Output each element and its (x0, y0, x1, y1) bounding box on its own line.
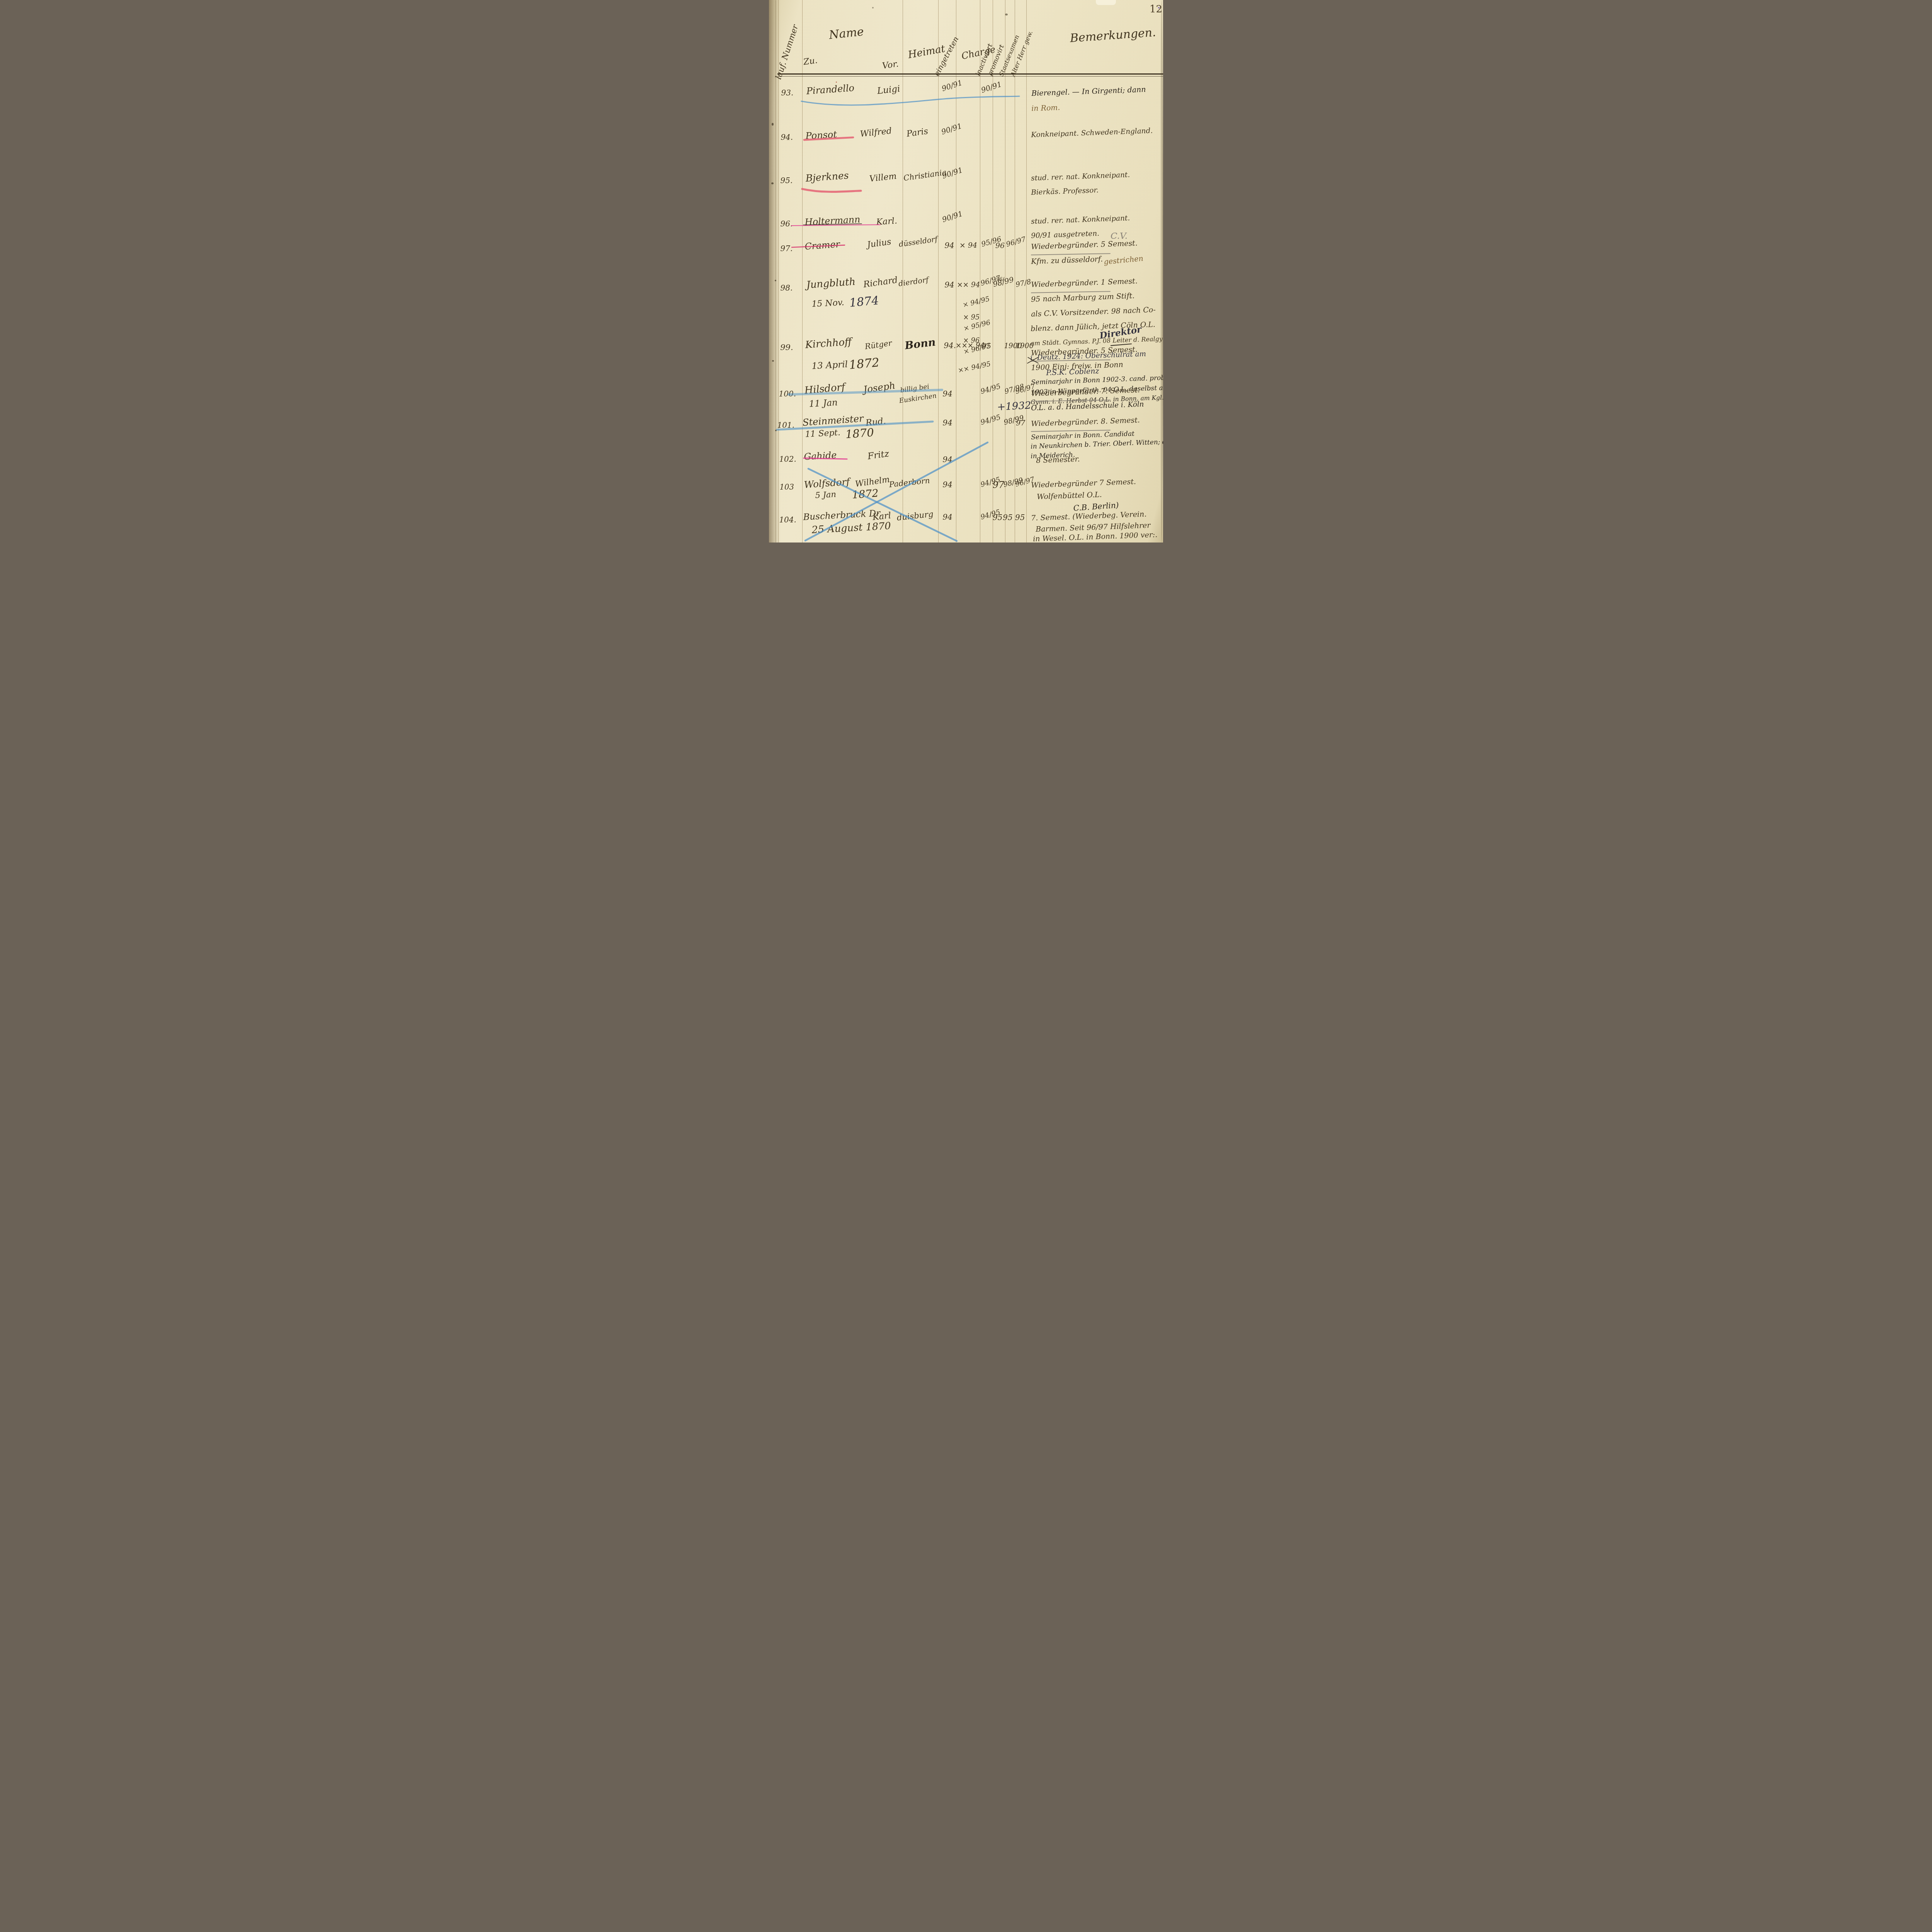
entry-zuname: Pirandello (806, 83, 855, 96)
entry-vorname: Karl. (876, 217, 898, 227)
entry-zuname: Cramer (804, 240, 840, 252)
entry-charge-item: ×× 94 (957, 282, 980, 289)
entry-bemerkung-line: Kfm. zu düsseldorf. (1031, 256, 1103, 265)
entry-zuname: Bjerknes (805, 170, 849, 183)
entry-eingetreten: 94 (943, 419, 952, 427)
entry-nr: 101. (777, 421, 795, 429)
entry-zuname: Holtermann (804, 215, 861, 227)
entry-charge-item: × 94 (959, 242, 977, 249)
entry-zuname: Steinmeister (802, 414, 864, 427)
entry-geburtsjahr: 1872 (849, 357, 880, 372)
column-header-heimat: Heimat (907, 44, 946, 60)
entry-vorname: Rütger (864, 339, 892, 350)
entry-inaktiviert: 94/95 (980, 414, 1002, 426)
page-number: 12 (1150, 4, 1162, 14)
column-header-name: Name (828, 26, 864, 41)
entry-bemerkung-line: 7. Semest. (Wiederbeg. Verein. (1031, 510, 1147, 522)
entry-nr: 103 (780, 483, 794, 491)
entry-eingetreten: 94 (943, 456, 952, 463)
entry-eingetreten: 94. (944, 342, 956, 349)
entry-nr: 97. (781, 245, 793, 252)
entry-zuname: Jungbluth (806, 277, 856, 290)
entry-charge-item: × 94/95 (962, 296, 990, 309)
entry-vorname: Villem (869, 172, 897, 184)
column-header-vorname: Vor. (882, 60, 899, 71)
binding-crease (775, 0, 776, 543)
entry-alter-herr: 95 (1015, 514, 1025, 521)
entry-geburtsdatum: 11 Jan (809, 398, 838, 409)
entry-heimat: duisburg (896, 510, 934, 522)
entry-nr: 100. (779, 390, 796, 398)
entry-eingetreten: 90/91 (941, 79, 963, 93)
entry-bemerkung-line: Seminarjahr in Bonn. Candidat (1031, 430, 1134, 440)
entry-zuname: Wolfsdorf (804, 477, 850, 490)
entry-vorname: Richard (863, 276, 898, 289)
entry-heimat: düsseldorf (898, 236, 938, 248)
entry-todesjahr: +1932 (997, 400, 1031, 412)
header-rule-thin (777, 76, 1163, 77)
entry-nr: 94. (781, 133, 793, 141)
entry-zuname: Kirchhoff (805, 337, 852, 350)
entry-charge-item: ×× 94/95 (957, 361, 992, 374)
entry-bemerkung-line: Konkneipant. Schweden-England. (1031, 128, 1153, 139)
entry-promoviert: 95 (993, 514, 1002, 521)
strike-mark-blue (801, 96, 1019, 105)
entry-geburtsdatum: 5 Jan (815, 491, 837, 500)
entry-heimat: Euskirchen (899, 393, 937, 404)
entry-heimat: billig bei (900, 384, 930, 394)
entry-alter-herr: 97/8 (1015, 279, 1032, 289)
entry-staatsexamen: 96/97 (1005, 236, 1027, 248)
entry-bemerkung-line: Wiederbegründer. 8. Semest. (1031, 417, 1140, 428)
entry-vorname: Joseph (863, 381, 896, 395)
entry-charge-item: ××× 94 (956, 342, 985, 349)
strike-markings-overlay (769, 0, 1163, 543)
entry-inaktiviert: 90/91 (980, 81, 1003, 94)
entry-nr: 98. (781, 284, 793, 292)
entry-bemerkung-line: Wiederbegründer 7 Semest. (1031, 478, 1136, 489)
entry-geburtsjahr: 1874 (849, 295, 879, 310)
column-header-bemerkungen: Bemerkungen. (1070, 27, 1156, 44)
entry-zuname: Buscherbruck Dr. (803, 509, 883, 522)
entry-promoviert: 96 (995, 242, 1005, 250)
entry-charge-item: × 95 (963, 315, 980, 321)
strike-mark-red (802, 189, 861, 192)
entry-bemerkung-line: am Städt. Gymnas. P.J. 08 Leiter d. Real… (1031, 335, 1163, 347)
entry-bemerkung-line: Wiederbegründer. 1 Semest. (1031, 278, 1138, 289)
entry-alter-herr: 97 (1016, 420, 1025, 427)
entry-vorname: Rud. (865, 417, 886, 427)
entry-nr: 96. (781, 220, 793, 228)
entry-bemerkung-line: Bierkäs. Professor. (1031, 187, 1099, 196)
entry-bemerkung-line: stud. rer. nat. Konkneipant. (1031, 172, 1130, 182)
entry-bemerkung-line: Bierengel. — In Girgenti; dann (1031, 86, 1146, 97)
entry-zuname: Hilsdorf (804, 383, 845, 396)
ledger-page: lauf. Nummer Name Zu. Vor. Heimat einget… (769, 0, 1163, 543)
entry-heimat: Christiania (903, 168, 947, 182)
entry-geburtsdatum: 15 Nov. (811, 299, 844, 309)
column-header-zuname: Zu. (803, 56, 818, 67)
entry-eingetreten: 90/91 (940, 122, 963, 136)
header-rule-thick (777, 73, 1163, 75)
entry-zuname: Gahide (804, 451, 837, 462)
entry-heimat: Bonn (904, 337, 936, 351)
entry-heimat: Paderborn (889, 476, 930, 488)
entry-nr: 93. (781, 89, 794, 97)
entry-nr: 99. (780, 344, 793, 352)
entry-bemerkung-line: in Rom. (1031, 104, 1060, 112)
entry-eingetreten: 94 (943, 513, 952, 521)
entry-eingetreten: 94 (943, 481, 952, 488)
entry-vorname: Fritz (867, 449, 889, 461)
entry-nr: 95. (781, 177, 793, 184)
entry-eingetreten: 94 (944, 241, 954, 249)
entry-geburtsdatum: 25 August 1870 (811, 522, 891, 536)
entry-bemerkung-line: 1900 Einj: freiw. in Bonn (1031, 361, 1123, 372)
entry-geburtsjahr: 1872 (852, 488, 879, 501)
entry-vorname: Luigi (877, 85, 901, 96)
entry-nr: 104. (779, 516, 796, 524)
entry-zuname: Ponsot (805, 130, 837, 141)
entry-vorname: Wilhelm (855, 476, 890, 489)
entry-bemerkung-line: Wiederbegründer. 5 Semest. (1031, 240, 1138, 251)
entry-annotation: 96/ (996, 277, 1004, 282)
entry-geburtsjahr: 1870 (845, 427, 874, 440)
entry-eingetreten: 90/91 (941, 210, 964, 224)
paper-chip (1096, 0, 1116, 5)
entry-bemerkung-line: 90/91 ausgetreten. (1031, 230, 1099, 240)
entry-inaktiviert: 94/95 (980, 383, 1002, 395)
entry-heimat: Paris (906, 127, 929, 139)
entry-geburtsdatum: 11 Sept. (805, 429, 840, 439)
entry-vorname: Julius (867, 238, 892, 249)
entry-eingetreten: 94 (943, 390, 952, 398)
entry-bemerkung-line: 95 nach Marburg zum Stift. (1031, 293, 1134, 303)
entry-annotation: C.B. Berlin) (1073, 501, 1119, 512)
entry-geburtsdatum: 13 April (811, 360, 848, 371)
entry-bemerkung-line: 8 Semester. (1036, 456, 1080, 464)
entry-staatsexamen: 95 (1003, 514, 1012, 521)
entry-annotation: C.V. (1111, 232, 1128, 241)
entry-eingetreten: 94 (944, 281, 954, 289)
entry-bemerkung-line: als C.V. Vorsitzender. 98 nach Co- (1031, 306, 1156, 318)
entry-nr: 102. (779, 455, 796, 463)
entry-bemerkung-line: Wolfenbüttel O.L. (1037, 491, 1102, 501)
entry-bemerkung-line: stud. rer. nat. Konkneipant. (1031, 215, 1130, 225)
entry-vorname: Wilfred (860, 127, 892, 138)
entry-annotation: gestrichen (1104, 255, 1144, 266)
